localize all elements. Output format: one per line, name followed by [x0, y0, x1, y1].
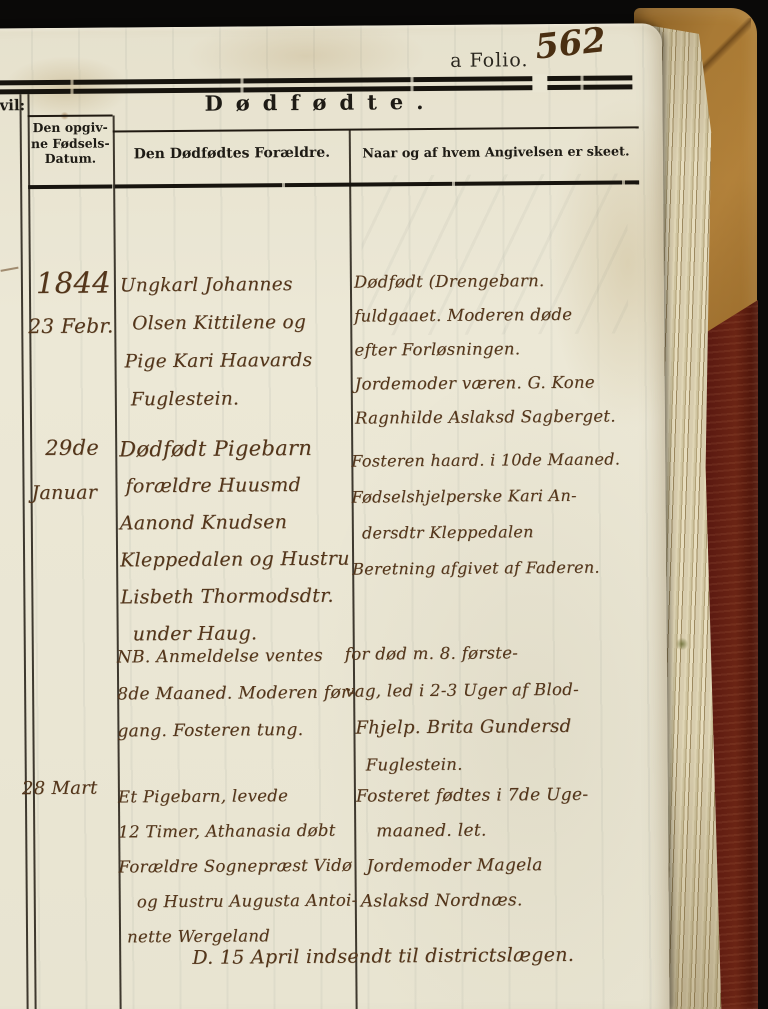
column-header-date-line: Datum.	[29, 150, 112, 166]
entry-2-parents: Dødfødt Pigebarn forældre Huusmd Aanond …	[119, 430, 350, 654]
handwritten-line: Dødfødt Pigebarn	[119, 430, 349, 469]
title-underline	[113, 126, 639, 132]
margin-ink-stroke	[0, 259, 19, 272]
handwritten-line: gang. Fosteren tung.	[117, 712, 356, 751]
page-fold-line	[19, 94, 28, 1009]
register-page-sheet: a Folio. 562 vil: Dødfødte. Den opgiv- n…	[0, 23, 670, 1009]
folio-label: a Folio.	[450, 49, 528, 72]
handwritten-line: Lisbeth Thormodsdtr.	[120, 578, 350, 617]
handwritten-line: Januar	[31, 482, 99, 505]
handwritten-line: Forældre Sognepræst Vidø	[118, 848, 357, 885]
handwritten-line: Et Pigebarn, levede	[118, 778, 357, 815]
entry-1-date: 1844 23 Febr.	[36, 265, 114, 338]
handwritten-line: 29de	[45, 436, 99, 460]
entry-1-report: Dødfødt (Drengebarn. fuldgaaet. Moderen …	[354, 264, 616, 436]
handwritten-line: Aslaksd Nordnæs.	[361, 883, 590, 920]
handwritten-line: 23 Febr.	[28, 313, 114, 338]
handwritten-line: Aanond Knudsen	[120, 504, 350, 543]
entry-4-parents: Et Pigebarn, levede 12 Timer, Athanasia …	[118, 778, 358, 955]
entry-3-parents: NB. Anmeldelse ventes 8de Maaned. Modere…	[117, 638, 356, 751]
entry-3-report: for død m. 8. første- vag, led i 2-3 Uge…	[345, 634, 580, 784]
handwritten-line: 1844	[36, 265, 114, 300]
footer-note: D. 15 April indsendt til districtslægen.	[153, 944, 613, 970]
handwritten-line: Fhjelp. Brita Gundersd	[355, 708, 579, 747]
handwritten-line: Pige Kari Haavards	[124, 342, 312, 381]
handwritten-line: Olsen Kittilene og	[132, 304, 312, 343]
column-header-date: Den opgiv- ne Fødsels- Datum.	[29, 119, 112, 166]
column-header-report: Naar og af hvem Angivelsen er skeet.	[355, 144, 637, 161]
handwritten-line: Fødselshjelperske Kari An-	[351, 478, 620, 516]
handwritten-line: Ungkarl Johannes	[120, 266, 312, 306]
folio-number-handwritten: 562	[533, 20, 608, 68]
handwritten-line: Dødfødt (Drengebarn.	[354, 264, 615, 300]
handwritten-line: 8de Maaned. Moderen før-	[117, 675, 356, 714]
handwritten-line: Jordemoder Magela	[366, 848, 589, 885]
handwritten-line: Fosteret fødtes i 7de Uge-	[356, 778, 589, 815]
handwritten-line: forældre Huusmd	[125, 467, 349, 506]
column-header-date-line: ne Fødsels-	[29, 135, 112, 151]
entry-1-parents: Ungkarl Johannes Olsen Kittilene og Pige…	[120, 266, 313, 420]
handwritten-line: 28 Mart	[22, 778, 98, 800]
entry-2-report: Fosteren haard. i 10de Maaned. Fødselshj…	[351, 442, 621, 588]
handwritten-line: Kleppedalen og Hustru	[120, 541, 350, 580]
handwritten-line: efter Forløsningen.	[354, 332, 615, 368]
handwritten-line: og Hustru Augusta Antoi-	[137, 883, 358, 920]
column-header-parents: Den Dødfødtes Forældre.	[123, 145, 341, 163]
handwritten-line: Ragnhilde Aslaksd Sagberget.	[355, 400, 616, 436]
entry-4-date: 28 Mart	[22, 778, 98, 800]
handwritten-line: NB. Anmeldelse ventes	[117, 638, 356, 677]
rule-gap	[532, 74, 547, 92]
handwritten-line: dersdtr Kleppedalen	[362, 514, 621, 552]
handwritten-line: Jordemoder væren. G. Kone	[355, 366, 616, 402]
entry-4-report: Fosteret fødtes i 7de Uge- maaned. let. …	[356, 778, 589, 920]
date-header-top-rule	[28, 114, 113, 117]
handwritten-line: maaned. let.	[376, 813, 589, 850]
column-header-date-line: Den opgiv-	[29, 119, 112, 135]
entry-2-date: 29de Januar	[45, 436, 99, 504]
handwritten-line: Beretning afgivet af Faderen.	[352, 550, 621, 588]
handwritten-line: 12 Timer, Athanasia døbt	[118, 813, 357, 850]
handwritten-line: Fosteren haard. i 10de Maaned.	[351, 442, 620, 480]
table-left-border	[27, 94, 36, 1009]
handwritten-line: Fuglestein.	[131, 380, 313, 419]
section-title: Dødfødte.	[130, 88, 510, 116]
handwritten-line: fuldgaaet. Moderen døde	[354, 298, 615, 334]
handwritten-line: for død m. 8. første-	[345, 634, 579, 673]
scanned-register-page: a Folio. 562 vil: Dødfødte. Den opgiv- n…	[0, 0, 768, 1009]
handwritten-line: vag, led i 2-3 Uger af Blod-	[345, 671, 579, 710]
